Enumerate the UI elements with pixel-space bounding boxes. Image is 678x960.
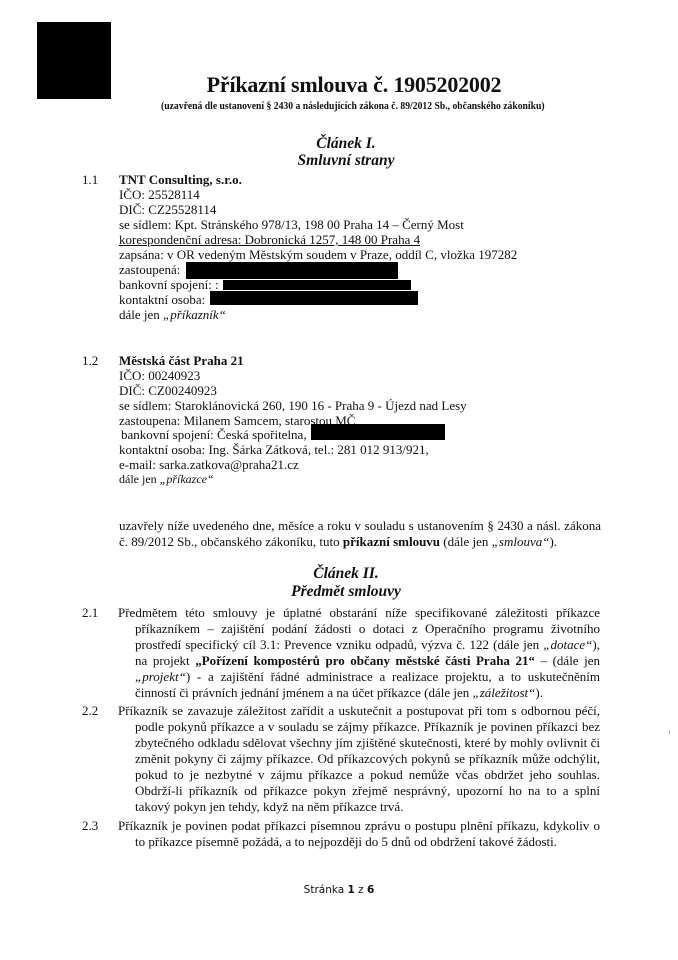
page-footer: Stránka 1 z 6 bbox=[0, 884, 678, 896]
article-1-heading: Článek I. bbox=[0, 135, 678, 153]
redaction-box bbox=[223, 280, 411, 290]
party1-dic: DIČ: CZ25528114 bbox=[119, 202, 216, 217]
party2-bank-label: bankovní spojení: Česká spořitelna, bbox=[121, 427, 307, 442]
article-2-subheading: Předmět smlouvy bbox=[0, 583, 678, 601]
party2-ico: IČO: 00240923 bbox=[119, 368, 200, 383]
party1-correspondence-address: korespondenční adresa: Dobronická 1257, … bbox=[119, 232, 420, 247]
clause-number-2-3: 2.3 bbox=[82, 818, 98, 834]
clause-2-1-text: Předmětem této smlouvy je úplatné obstar… bbox=[118, 605, 600, 701]
clause-number-1-1: 1.1 bbox=[82, 172, 98, 188]
scan-mark bbox=[669, 731, 670, 734]
article-1-subheading: Smluvní strany bbox=[0, 152, 678, 170]
clause-number-1-2: 1.2 bbox=[82, 353, 98, 369]
party1-seat: se sídlem: Kpt. Stránského 978/13, 198 0… bbox=[119, 217, 464, 232]
conclusion-paragraph: uzavřely níže uvedeného dne, měsíce a ro… bbox=[119, 518, 601, 550]
document-subtitle: (uzavřená dle ustanovení § 2430 a násled… bbox=[27, 101, 651, 112]
party1-ico: IČO: 25528114 bbox=[119, 187, 200, 202]
redaction-box bbox=[311, 424, 445, 440]
party2-email: e-mail: sarka.zatkova@praha21.cz bbox=[119, 457, 299, 472]
clause-number-2-2: 2.2 bbox=[82, 703, 98, 719]
total-pages: 6 bbox=[367, 884, 374, 896]
article-2-heading: Článek II. bbox=[0, 565, 678, 583]
party1-contact-label: kontaktní osoba: bbox=[119, 292, 205, 307]
party1-represented-label: zastoupená: bbox=[119, 262, 180, 277]
clause-2-2-text: Příkazník se zavazuje záležitost zařídit… bbox=[118, 703, 600, 815]
document-title: Příkazní smlouva č. 1905202002 bbox=[0, 72, 678, 98]
party2-name: Městská část Praha 21 bbox=[119, 353, 244, 368]
party2-alias: dále jen „příkazce“ bbox=[119, 472, 214, 487]
current-page: 1 bbox=[348, 884, 355, 896]
party2-dic: DIČ: CZ00240923 bbox=[119, 383, 217, 398]
clause-number-2-1: 2.1 bbox=[82, 605, 98, 621]
clause-2-3-text: Příkazník je povinen podat příkazci píse… bbox=[118, 818, 600, 850]
party2-contact: kontaktní osoba: Ing. Šárka Zátková, tel… bbox=[119, 442, 429, 457]
redaction-box bbox=[210, 291, 418, 305]
party2-seat: se sídlem: Staroklánovická 260, 190 16 -… bbox=[119, 398, 467, 413]
party1-name: TNT Consulting, s.r.o. bbox=[119, 172, 242, 187]
party1-register: zapsána: v OR vedeným Městským soudem v … bbox=[119, 247, 517, 262]
party1-alias: dále jen „příkazník“ bbox=[119, 307, 226, 322]
party1-bank-label: bankovní spojení: : bbox=[119, 277, 219, 292]
